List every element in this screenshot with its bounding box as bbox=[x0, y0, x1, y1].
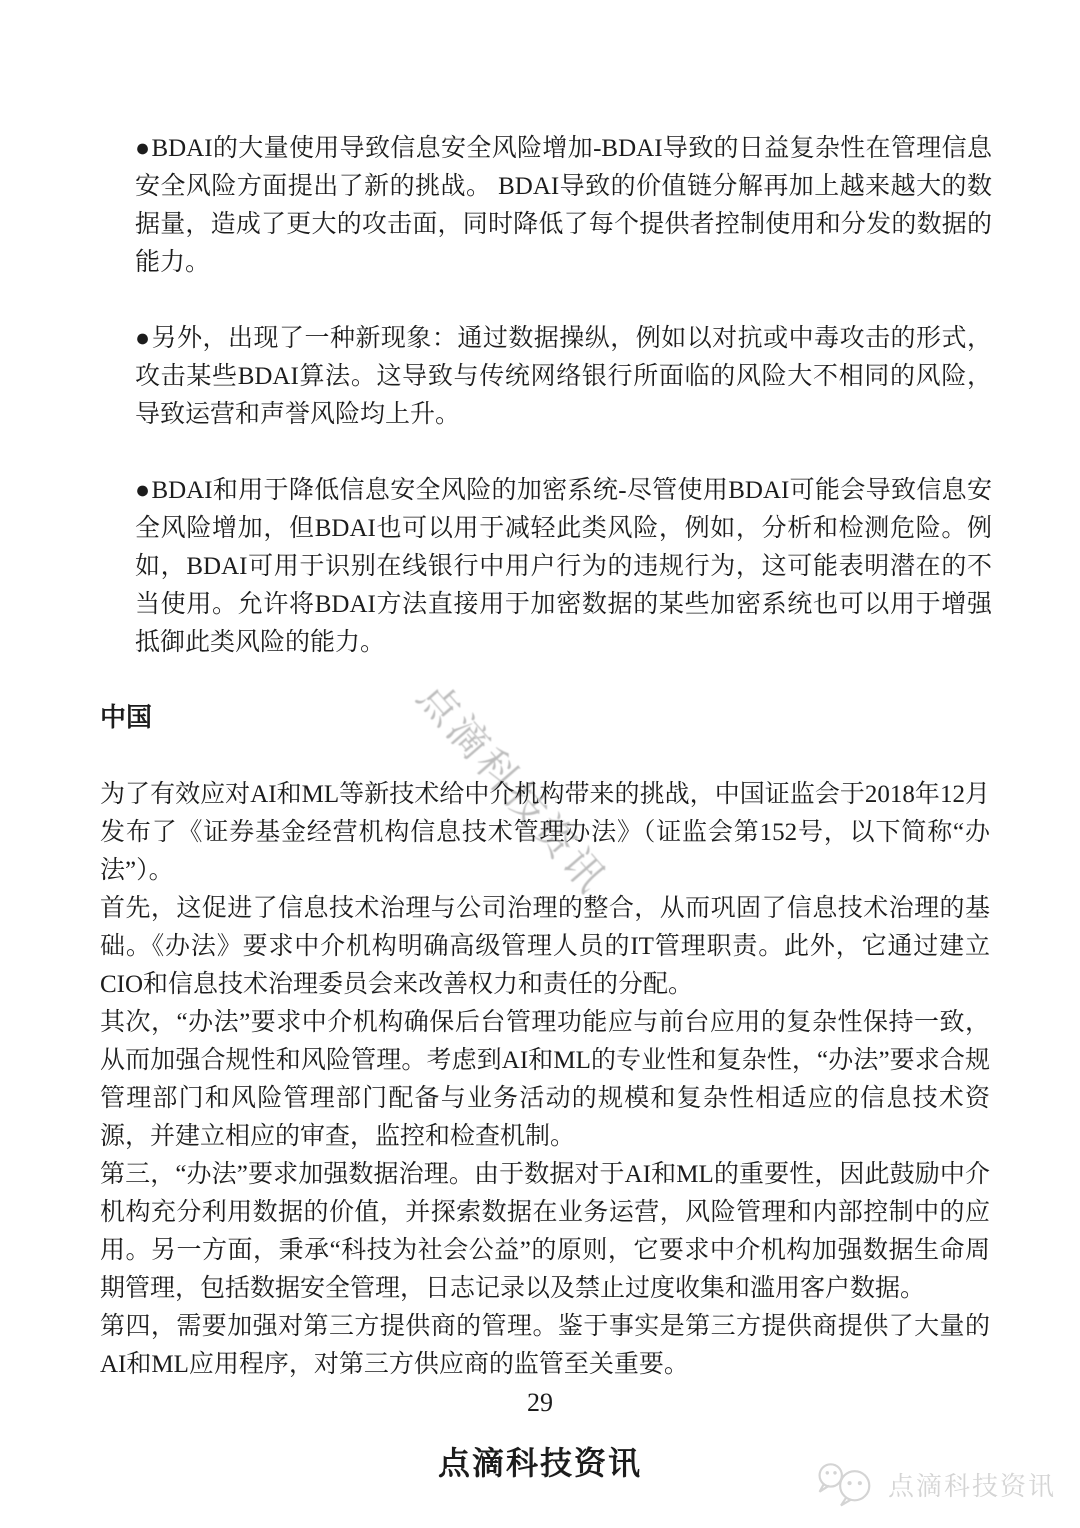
bullet-paragraph: ●BDAI和用于降低信息安全风险的加密系统-尽管使用BDAI可能会导致信息安全风… bbox=[135, 472, 992, 662]
section-body: 为了有效应对AI和ML等新技术给中介机构带来的挑战，中国证监会于2018年12月… bbox=[0, 776, 1080, 1384]
corner-brand-label: 点滴科技资讯 bbox=[888, 1466, 1056, 1503]
page-number: 29 bbox=[0, 1384, 1080, 1422]
body-paragraph: 其次，“办法”要求中介机构确保后台管理功能应与前台应用的复杂性保持一致，从而加强… bbox=[100, 1004, 990, 1156]
body-paragraph: 第四，需要加强对第三方提供商的管理。鉴于事实是第三方提供商提供了大量的AI和ML… bbox=[100, 1308, 990, 1384]
body-paragraph: 为了有效应对AI和ML等新技术给中介机构带来的挑战，中国证监会于2018年12月… bbox=[100, 776, 990, 890]
bullet-marker: ● bbox=[135, 477, 150, 504]
body-paragraph: 第三，“办法”要求加强数据治理。由于数据对于AI和ML的重要性，因此鼓励中介机构… bbox=[100, 1156, 990, 1308]
section-heading: 中国 bbox=[100, 698, 992, 736]
wechat-chat-bubbles-icon bbox=[816, 1460, 878, 1508]
body-paragraph: 首先，这促进了信息技术治理与公司治理的整合，从而巩固了信息技术治理的基础。《办法… bbox=[100, 890, 990, 1004]
bullet-marker: ● bbox=[135, 325, 151, 352]
corner-brand: 点滴科技资讯 bbox=[816, 1460, 1056, 1508]
bullet-text: BDAI和用于降低信息安全风险的加密系统-尽管使用BDAI可能会导致信息安全风险… bbox=[135, 477, 992, 656]
bullet-paragraph: ●另外，出现了一种新现象：通过数据操纵，例如以对抗或中毒攻击的形式，攻击某些BD… bbox=[135, 320, 992, 434]
bullet-text: BDAI的大量使用导致信息安全风险增加-BDAI导致的日益复杂性在管理信息安全风… bbox=[135, 135, 992, 276]
bullet-text: 另外，出现了一种新现象：通过数据操纵，例如以对抗或中毒攻击的形式，攻击某些BDA… bbox=[135, 325, 992, 428]
document-page: 点滴科技资讯 ●BDAI的大量使用导致信息安全风险增加-BDAI导致的日益复杂性… bbox=[0, 0, 1080, 1528]
page-content: ●BDAI的大量使用导致信息安全风险增加-BDAI导致的日益复杂性在管理信息安全… bbox=[0, 0, 1080, 1422]
bullet-marker: ● bbox=[135, 135, 150, 162]
bullet-paragraph: ●BDAI的大量使用导致信息安全风险增加-BDAI导致的日益复杂性在管理信息安全… bbox=[135, 130, 992, 282]
